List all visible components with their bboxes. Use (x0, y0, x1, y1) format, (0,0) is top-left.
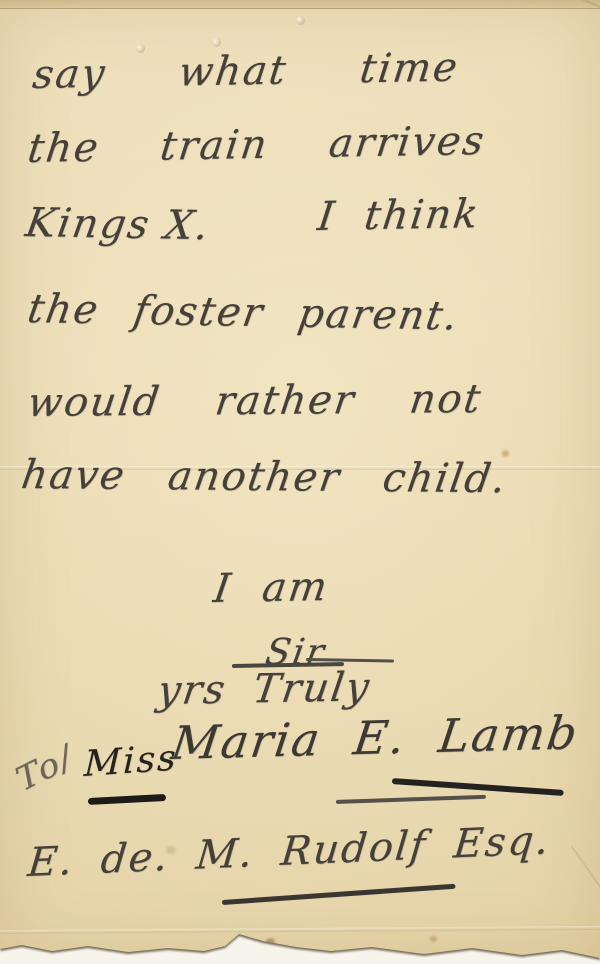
crease-bottom-right (571, 845, 600, 936)
paper-dimple (212, 38, 221, 47)
letter-scan: say what time the train arrives Kings X.… (0, 0, 600, 964)
addressee-prefix: To/ (10, 737, 79, 800)
signature-name: Maria E. Lamb (168, 705, 582, 770)
letter-line-4: the foster parent. (24, 286, 462, 340)
paper-shadow: say what time the train arrives Kings X.… (0, 0, 600, 964)
letter-line-3-kings-x: Kings X. (22, 200, 213, 249)
letter-line-5: would rather not (25, 376, 485, 426)
fold-crease-bottom (0, 926, 600, 934)
signature-title: Miss (83, 738, 178, 785)
foxing-stain (430, 936, 437, 942)
letter-line-2: the train arrives (25, 118, 488, 172)
letter-line-3-i-think: I think (315, 191, 482, 240)
underline-rudolf (222, 884, 456, 905)
letter-line-6: have another child. (19, 452, 511, 502)
underline-miss (88, 794, 166, 805)
addressee-name: E. de. M. Rudolf Esq. (26, 817, 553, 886)
paper-dimple (296, 16, 305, 25)
paper-fold-top-edge (0, 0, 600, 9)
underline-lamb (392, 778, 564, 796)
underline-signature (336, 795, 486, 804)
letter-line-1: say what time (30, 45, 461, 98)
paper-sheet: say what time the train arrives Kings X.… (0, 0, 600, 964)
closing-i-am: I am (211, 564, 332, 612)
closing-yours: yrs Truly (155, 664, 374, 714)
foxing-stain (266, 938, 275, 945)
